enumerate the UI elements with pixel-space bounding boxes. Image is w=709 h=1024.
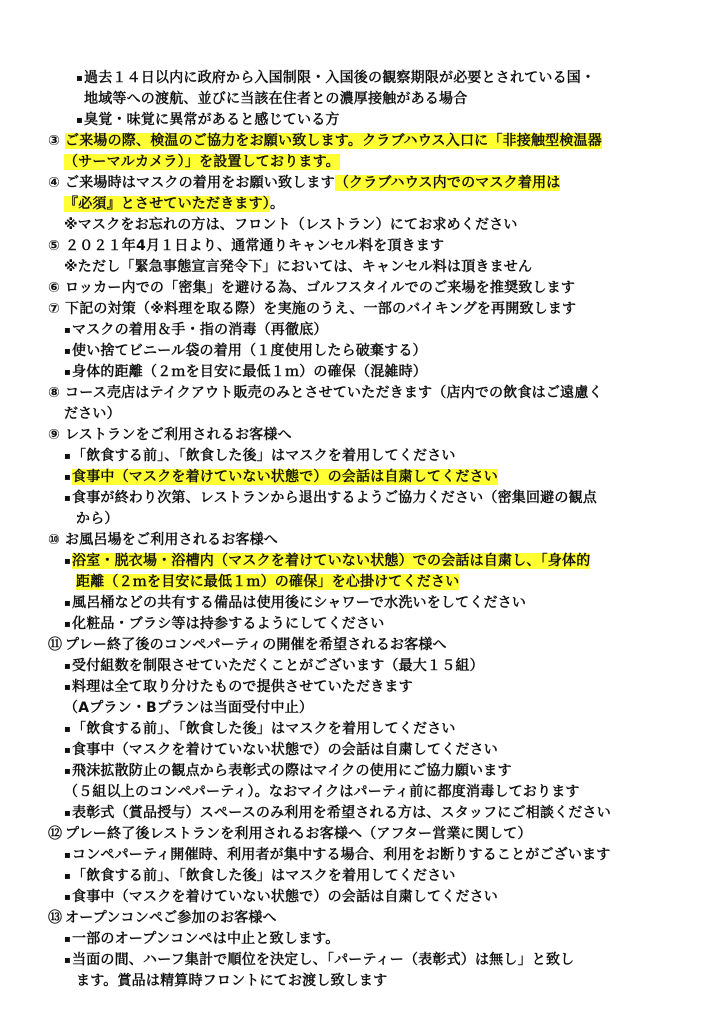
section-number: ⑪ (48, 635, 65, 656)
highlighted-text: ご来場の際、検温のご協力をお願い致します。クラブハウス入口に「非接触型検温器 (65, 133, 602, 149)
section-heading-line: ⑪プレー終了後のコンペパーティの開催を希望されるお客様へ (48, 635, 688, 656)
bullet-icon: ▪ (64, 320, 72, 341)
highlighted-text: 『必須』とさせていただきます） (64, 196, 270, 212)
line-text: 風呂桶などの共有する備品は使用後にシャワーで水洗いをしてください (72, 595, 526, 611)
section-heading-line: ⑨レストランをご利用されるお客様へ (48, 425, 688, 446)
bullet-item-line: ▪風呂桶などの共有する備品は使用後にシャワーで水洗いをしてください (48, 593, 688, 614)
line-text: 使い捨てビニール袋の着用（１度使用したら破棄する） (72, 343, 427, 359)
section-number: ⑥ (48, 278, 65, 299)
line-text: （Aプラン・Bプランは当面受付中止） (64, 700, 313, 716)
line-text: お風呂場をご利用されるお客様へ (65, 532, 278, 548)
bullet-icon: ▪ (64, 341, 72, 362)
section-number: ⑫ (48, 824, 65, 845)
line-text: 表彰式（賞品授与）スペースのみ利用を希望される方は、スタッフにご相談ください (72, 805, 611, 821)
text-line: （サーマルカメラ）」を設置しております。 (48, 152, 688, 173)
bullet-item-line: ▪化粧品・ブラシ等は持参するようにしてください (48, 614, 688, 635)
bullet-icon: ▪ (64, 467, 72, 488)
section-heading-line: ⑥ロッカー内での「密集」を避ける為、ゴルフスタイルでのご来場を推奨致します (48, 278, 688, 299)
bullet-item-line: ▪食事中（マスクを着けていない状態で）の会話は自粛してください (48, 467, 688, 488)
highlighted-text: 距離（２ｍを目安に最低１ｍ）の確保」を心掛けてください (76, 574, 459, 590)
highlighted-text: 浴室・脱衣場・浴槽内（マスクを着けていない状態）での会話は自粛し、「身体的 (72, 553, 590, 569)
line-text: 当面の間、ハーフ集計で順位を決定し、「パーティー（表彰式）は無し」と致し (72, 952, 574, 968)
line-text: 下記の対策（※料理を取る際）を実施のうえ、一部のバイキングを再開致します (65, 301, 576, 317)
section-heading-line: ⑦下記の対策（※料理を取る際）を実施のうえ、一部のバイキングを再開致します (48, 299, 688, 320)
bullet-item-line: ▪受付組数を制限させていただくことがございます（最大１５組） (48, 656, 688, 677)
line-text: ご来場時はマスクの着用をお願い致します (65, 175, 335, 191)
bullet-item-line: ▪「飲食する前」、「飲食した後」はマスクを着用してください (48, 866, 688, 887)
line-text: 食事中（マスクを着けていない状態で）の会話は自粛してください (72, 742, 498, 758)
bullet-item-line: ▪「飲食する前」、「飲食した後」はマスクを着用してください (48, 446, 688, 467)
bullet-icon: ▪ (64, 719, 72, 740)
section-heading-line: ⑤２０２１年4月１日より、通常通りキャンセル料を頂きます (48, 236, 688, 257)
text-line: ※ただし「緊急事態宣言発令下」においては、キャンセル料は頂きません (48, 257, 688, 278)
line-text: 受付組数を制限させていただくことがございます（最大１５組） (72, 658, 484, 674)
line-text: 「飲食する前」、「飲食した後」はマスクを着用してください (72, 868, 456, 884)
bullet-icon: ▪ (76, 68, 84, 89)
text-line: 『必須』とさせていただきます）。 (48, 194, 688, 215)
line-text: 料理は全て取り分けたもので提供させていただきます (72, 679, 413, 695)
section-number: ⑨ (48, 425, 65, 446)
text-line: （５組以上のコンペパーティ）。なおマイクはパーティ前に都度消毒しております (48, 782, 688, 803)
bullet-icon: ▪ (64, 551, 72, 572)
bullet-icon: ▪ (64, 887, 72, 908)
line-text: コンペパーティ開催時、利用者が集中する場合、利用をお断りすることがございます (72, 847, 610, 863)
bullet-item-line: ▪マスクの着用＆手・指の消毒（再徹底） (48, 320, 688, 341)
text-line: 距離（２ｍを目安に最低１ｍ）の確保」を心掛けてください (48, 572, 688, 593)
line-text: ださい） (64, 406, 121, 422)
bullet-icon: ▪ (64, 614, 72, 635)
bullet-icon: ▪ (64, 593, 72, 614)
section-heading-line: ④ご来場時はマスクの着用をお願い致します（クラブハウス内でのマスク着用は (48, 173, 688, 194)
line-text: 。 (270, 196, 284, 212)
bullet-item-line: ▪臭覚・味覚に異常があると感じている方 (48, 110, 688, 131)
line-text: オープンコンペご参加のお客様へ (65, 910, 277, 926)
section-number: ⑦ (48, 299, 65, 320)
section-heading-line: ③ご来場の際、検温のご協力をお願い致します。クラブハウス入口に「非接触型検温器 (48, 131, 688, 152)
line-text: 化粧品・ブラシ等は持参するようにしてください (72, 616, 384, 632)
bullet-item-line: ▪身体的距離（２ｍを目安に最低１ｍ）の確保（混雑時） (48, 362, 688, 383)
bullet-icon: ▪ (64, 950, 72, 971)
line-text: ます。賞品は精算時フロントにてお渡し致します (76, 973, 387, 989)
line-text: ※マスクをお忘れの方は、フロント（レストラン）にてお求めください (64, 217, 518, 233)
text-line: ださい） (48, 404, 688, 425)
section-heading-line: ⑫プレー終了後レストランを利用されるお客様へ（アフター営業に関して） (48, 824, 688, 845)
bullet-icon: ▪ (64, 362, 72, 383)
highlighted-text: （サーマルカメラ）」を設置しております。 (64, 154, 340, 170)
line-text: 地域等への渡航、並びに当該在住者との濃厚接触がある場合 (84, 91, 467, 107)
line-text: レストランをご利用されるお客様へ (65, 427, 292, 443)
text-line: （Aプラン・Bプランは当面受付中止） (48, 698, 688, 719)
bullet-item-line: ▪表彰式（賞品授与）スペースのみ利用を希望される方は、スタッフにご相談ください (48, 803, 688, 824)
bullet-icon: ▪ (64, 446, 72, 467)
line-text: （５組以上のコンペパーティ）。なおマイクはパーティ前に都度消毒しております (64, 784, 580, 800)
bullet-icon: ▪ (64, 656, 72, 677)
line-text: から） (76, 511, 119, 527)
text-line: 地域等への渡航、並びに当該在住者との濃厚接触がある場合 (48, 89, 688, 110)
section-heading-line: ⑩お風呂場をご利用されるお客様へ (48, 530, 688, 551)
section-heading-line: ⑬オープンコンペご参加のお客様へ (48, 908, 688, 929)
bullet-icon: ▪ (64, 740, 72, 761)
bullet-item-line: ▪料理は全て取り分けたもので提供させていただきます (48, 677, 688, 698)
bullet-item-line: ▪食事が終わり次第、レストランから退出するようご協力ください（密集回避の観点 (48, 488, 688, 509)
line-text: 臭覚・味覚に異常があると感じている方 (84, 112, 340, 128)
bullet-icon: ▪ (64, 488, 72, 509)
section-number: ④ (48, 173, 65, 194)
line-text: マスクの着用＆手・指の消毒（再徹底） (72, 322, 328, 338)
bullet-icon: ▪ (64, 761, 72, 782)
section-number: ⑧ (48, 383, 65, 404)
bullet-icon: ▪ (64, 866, 72, 887)
highlighted-text: 食事中（マスクを着けていない状態で）の会話は自粛してください (72, 469, 498, 485)
bullet-icon: ▪ (64, 929, 72, 950)
line-text: 過去１４日以内に政府から入国制限・入国後の観察期限が必要とされている国・ (84, 70, 595, 86)
bullet-item-line: ▪食事中（マスクを着けていない状態で）の会話は自粛してください (48, 740, 688, 761)
bullet-icon: ▪ (76, 110, 84, 131)
section-number: ⑩ (48, 530, 65, 551)
line-text: 「飲食する前」、「飲食した後」はマスクを着用してください (72, 448, 456, 464)
bullet-item-line: ▪当面の間、ハーフ集計で順位を決定し、「パーティー（表彰式）は無し」と致し (48, 950, 688, 971)
bullet-item-line: ▪食事中（マスクを着けていない状態で）の会話は自粛してください (48, 887, 688, 908)
bullet-icon: ▪ (64, 677, 72, 698)
line-text: 身体的距離（２ｍを目安に最低１ｍ）の確保（混雑時） (72, 364, 427, 380)
bullet-item-line: ▪「飲食する前」、「飲食した後」はマスクを着用してください (48, 719, 688, 740)
line-text: ※ただし「緊急事態宣言発令下」においては、キャンセル料は頂きません (64, 259, 532, 275)
line-text: プレー終了後レストランを利用されるお客様へ（アフター営業に関して） (65, 826, 532, 842)
line-text: プレー終了後のコンペパーティの開催を希望されるお客様へ (65, 637, 447, 653)
line-text: ２０２１年4月１日より、通常通りキャンセル料を頂きます (65, 238, 444, 254)
section-number: ⑬ (48, 908, 65, 929)
bullet-item-line: ▪浴室・脱衣場・浴槽内（マスクを着けていない状態）での会話は自粛し、「身体的 (48, 551, 688, 572)
text-line: ※マスクをお忘れの方は、フロント（レストラン）にてお求めください (48, 215, 688, 236)
line-text: 「飲食する前」、「飲食した後」はマスクを着用してください (72, 721, 456, 737)
bullet-item-line: ▪過去１４日以内に政府から入国制限・入国後の観察期限が必要とされている国・ (48, 68, 688, 89)
bullet-item-line: ▪コンペパーティ開催時、利用者が集中する場合、利用をお断りすることがございます (48, 845, 688, 866)
line-text: 食事中（マスクを着けていない状態で）の会話は自粛してください (72, 889, 498, 905)
line-text: 一部のオープンコンペは中止と致します。 (72, 931, 339, 947)
line-text: 食事が終わり次第、レストランから退出するようご協力ください（密集回避の観点 (72, 490, 597, 506)
text-line: から） (48, 509, 688, 530)
bullet-item-line: ▪使い捨てビニール袋の着用（１度使用したら破棄する） (48, 341, 688, 362)
bullet-icon: ▪ (64, 803, 72, 824)
section-heading-line: ⑧コース売店はテイクアウト販売のみとさせていただきます（店内での飲食はご遠慮く (48, 383, 688, 404)
text-line: ます。賞品は精算時フロントにてお渡し致します (48, 971, 688, 992)
section-number: ⑤ (48, 236, 65, 257)
notice-document: ▪過去１４日以内に政府から入国制限・入国後の観察期限が必要とされている国・地域等… (48, 68, 688, 992)
line-text: コース売店はテイクアウト販売のみとさせていただきます（店内での飲食はご遠慮く (65, 385, 603, 401)
bullet-icon: ▪ (64, 845, 72, 866)
section-number: ③ (48, 131, 65, 152)
highlighted-text: （クラブハウス内でのマスク着用は (335, 175, 561, 191)
line-text: ロッカー内での「密集」を避ける為、ゴルフスタイルでのご来場を推奨致します (65, 280, 575, 296)
line-text: 飛沫拡散防止の観点から表彰式の際はマイクの使用にご協力願います (72, 763, 512, 779)
bullet-item-line: ▪一部のオープンコンペは中止と致します。 (48, 929, 688, 950)
bullet-item-line: ▪飛沫拡散防止の観点から表彰式の際はマイクの使用にご協力願います (48, 761, 688, 782)
